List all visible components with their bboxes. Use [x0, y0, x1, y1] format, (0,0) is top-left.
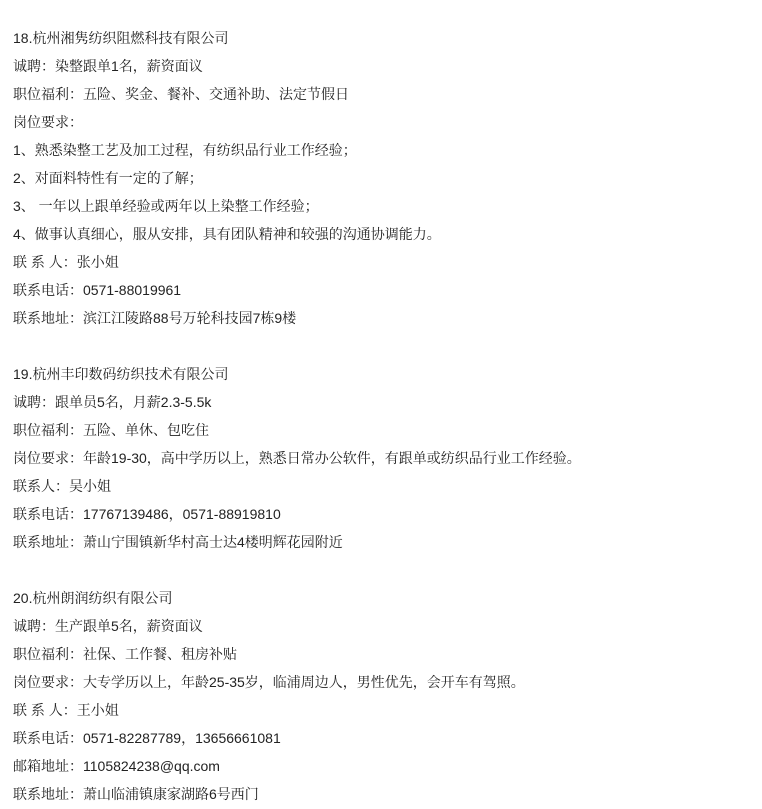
benefits-line: 职位福利：五险、奖金、餐补、交通补助、法定节假日	[13, 80, 762, 108]
company-title: 18.杭州湘隽纺织阻燃科技有限公司	[13, 24, 762, 52]
company-title: 20.杭州朗润纺织有限公司	[13, 584, 762, 612]
requirement-item: 3、 一年以上跟单经验或两年以上染整工作经验；	[13, 192, 762, 220]
contact-email: 邮箱地址：1105824238@qq.com	[13, 752, 762, 780]
contact-address: 联系地址：萧山临浦镇康家湖路6号西门	[13, 780, 762, 808]
contact-address: 联系地址：萧山宁围镇新华村高士达4楼明辉花园附近	[13, 528, 762, 556]
benefits-line: 职位福利：五险、单休、包吃住	[13, 416, 762, 444]
requirements-heading: 岗位要求：	[13, 108, 762, 136]
position-line: 诚聘：生产跟单5名，薪资面议	[13, 612, 762, 640]
spacer	[13, 556, 762, 584]
requirements-line: 岗位要求：大专学历以上，年龄25-35岁，临浦周边人，男性优先，会开车有驾照。	[13, 668, 762, 696]
contact-phone: 联系电话：0571-82287789，13656661081	[13, 724, 762, 752]
listing-19: 19.杭州丰印数码纺织技术有限公司 诚聘：跟单员5名，月薪2.3-5.5k 职位…	[13, 360, 762, 556]
job-listings-document: 18.杭州湘隽纺织阻燃科技有限公司 诚聘：染整跟单1名，薪资面议 职位福利：五险…	[0, 0, 762, 808]
requirements-line: 岗位要求：年龄19-30，高中学历以上，熟悉日常办公软件，有跟单或纺织品行业工作…	[13, 444, 762, 472]
contact-person: 联系人：吴小姐	[13, 472, 762, 500]
contact-phone: 联系电话：17767139486，0571-88919810	[13, 500, 762, 528]
position-line: 诚聘：跟单员5名，月薪2.3-5.5k	[13, 388, 762, 416]
contact-address: 联系地址：滨江江陵路88号万轮科技园7栋9楼	[13, 304, 762, 332]
contact-phone: 联系电话：0571-88019961	[13, 276, 762, 304]
contact-person: 联 系 人：张小姐	[13, 248, 762, 276]
listing-18: 18.杭州湘隽纺织阻燃科技有限公司 诚聘：染整跟单1名，薪资面议 职位福利：五险…	[13, 24, 762, 332]
requirement-item: 2、对面料特性有一定的了解；	[13, 164, 762, 192]
listing-20: 20.杭州朗润纺织有限公司 诚聘：生产跟单5名，薪资面议 职位福利：社保、工作餐…	[13, 584, 762, 808]
company-title: 19.杭州丰印数码纺织技术有限公司	[13, 360, 762, 388]
position-line: 诚聘：染整跟单1名，薪资面议	[13, 52, 762, 80]
requirement-item: 1、熟悉染整工艺及加工过程，有纺织品行业工作经验；	[13, 136, 762, 164]
contact-person: 联 系 人：王小姐	[13, 696, 762, 724]
requirement-item: 4、做事认真细心，服从安排，具有团队精神和较强的沟通协调能力。	[13, 220, 762, 248]
spacer	[13, 332, 762, 360]
benefits-line: 职位福利：社保、工作餐、租房补贴	[13, 640, 762, 668]
